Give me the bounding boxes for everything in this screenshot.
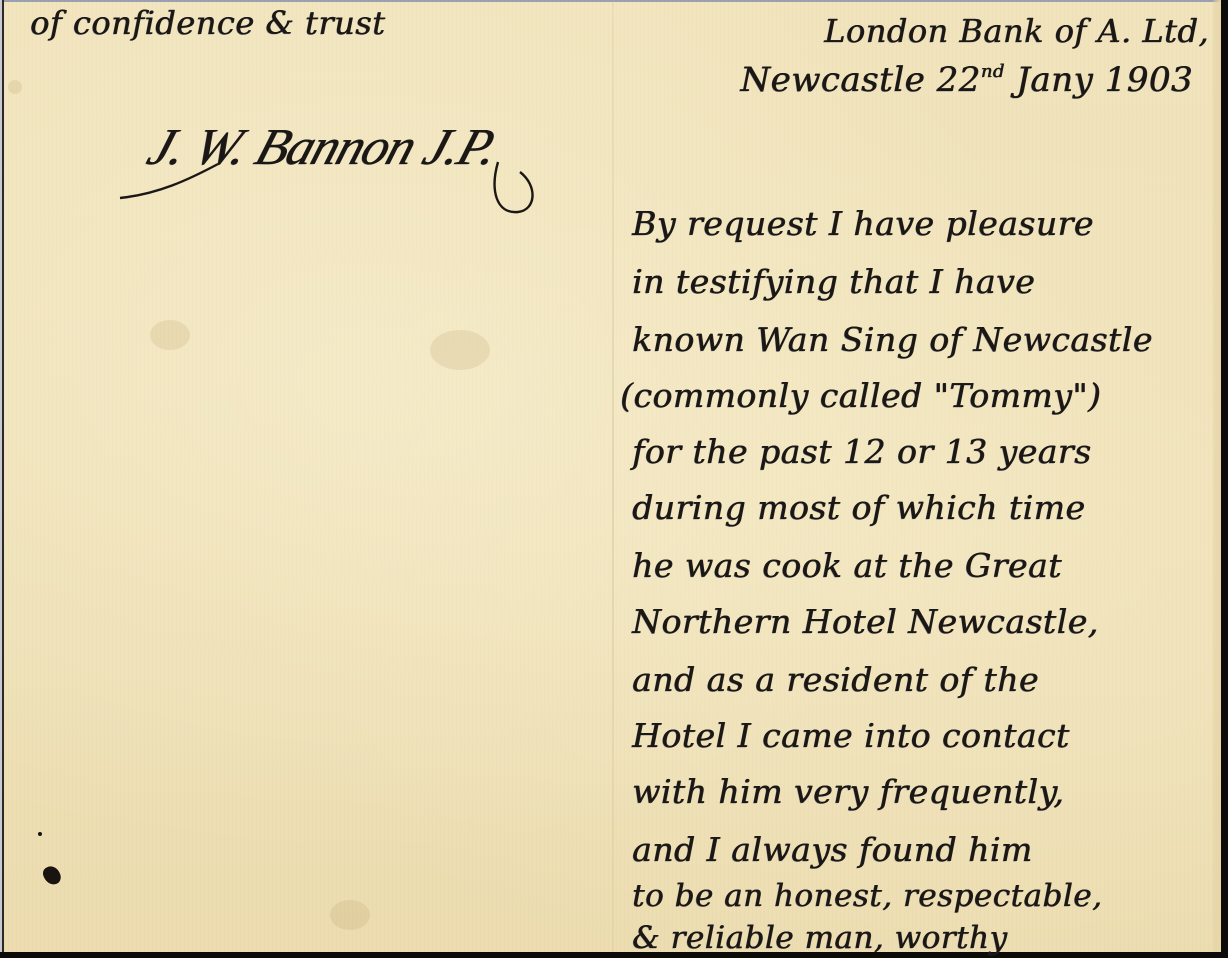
body-line: Hotel I came into contact [632,716,1070,755]
left-page: of confidence & trust J. W. Bannon J.P. [0,0,612,952]
body-line: known Wan Sing of Newcastle [632,320,1153,359]
body-line: in testifying that I have [632,262,1035,301]
letter-sheet: of confidence & trust J. W. Bannon J.P. … [0,0,1221,952]
body-line: and I always found him [632,830,1033,869]
ink-blot [41,864,64,888]
body-line: with him very frequently, [632,772,1064,811]
letterhead-bank: London Bank of A. Ltd, [824,12,1209,50]
date-day: 22 [936,60,980,100]
body-line: By request I have pleasure [632,204,1094,243]
body-line: & reliable man, worthy [632,920,1007,956]
ink-spot [38,832,42,836]
body-line: for the past 12 or 13 years [632,432,1092,471]
right-page: London Bank of A. Ltd, Newcastle 22nd Ja… [614,0,1221,952]
body-line: and as a resident of the [632,660,1039,699]
signature-flourish-icon [118,150,578,220]
body-line: during most of which time [632,488,1085,527]
closing-line: of confidence & trust [30,4,385,42]
date-month-year: Jany 1903 [1016,60,1193,100]
body-line: (commonly called "Tommy") [620,376,1101,415]
body-line: Northern Hotel Newcastle, [632,602,1099,641]
date-suffix: nd [981,61,1005,82]
letterhead-date: Newcastle 22nd Jany 1903 [740,60,1193,100]
body-line: he was cook at the Great [632,546,1062,585]
date-place: Newcastle [740,60,925,100]
body-line: to be an honest, respectable, [632,878,1102,914]
